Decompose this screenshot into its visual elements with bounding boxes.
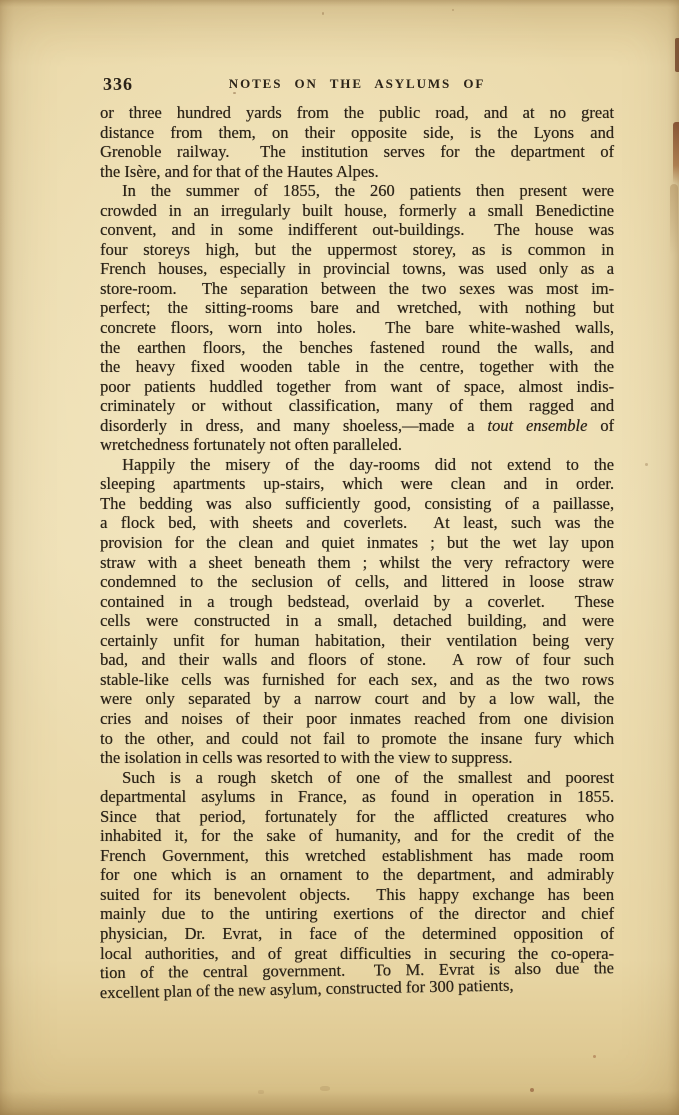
paper-speck: [645, 463, 648, 466]
text-line: four storeys high, but the uppermost sto…: [100, 240, 614, 260]
text-line: sleeping apartments up-stairs, which wer…: [100, 474, 614, 494]
text-line: The bedding was also sufficiently good, …: [100, 494, 614, 514]
page-header: 336 NOTES ON THE ASYLUMS OF: [100, 76, 614, 92]
text-line: concrete floors, worn into holes. The ba…: [100, 318, 614, 338]
page-edge-smudge: [670, 184, 678, 256]
text-line: Happily the misery of the day-rooms did …: [100, 455, 614, 475]
text-line: Since that period, fortunately for the a…: [100, 807, 614, 827]
paragraph: Such is a rough sketch of one of the sma…: [100, 768, 614, 1003]
page-edge-mark: [675, 38, 679, 72]
text-line: cells were constructed in a small, detac…: [100, 611, 614, 631]
text-line: wretchedness fortunately not often paral…: [100, 435, 614, 455]
text-line: a flock bed, with sheets and coverlets. …: [100, 513, 614, 533]
text-line: suited for its benevolent objects. This …: [100, 885, 614, 905]
text-line: store-room. The separation between the t…: [100, 279, 614, 299]
text-line: provision for the clean and quiet inmate…: [100, 533, 614, 553]
paper-speck: [452, 9, 454, 11]
text-line: departmental asylums in France, as found…: [100, 787, 614, 807]
text-line: were only separated by a narrow court an…: [100, 689, 614, 709]
text-line: poor patients huddled together from want…: [100, 377, 614, 397]
text-line: In the summer of 1855, the 260 patients …: [100, 181, 614, 201]
paper-speck: [530, 1088, 534, 1092]
text-line: perfect; the sitting-rooms bare and wret…: [100, 298, 614, 318]
page-edge-tear: [673, 122, 679, 184]
text-line: Grenoble railway. The institution serves…: [100, 142, 614, 162]
text-line: condemned to the seclusion of cells, and…: [100, 572, 614, 592]
paragraph: Happily the misery of the day-rooms did …: [100, 455, 614, 768]
text-line: to the other, and could not fail to prom…: [100, 729, 614, 749]
paper-speck: [322, 12, 324, 15]
paragraph: or three hundred yards from the public r…: [100, 103, 614, 181]
text-line: certainly unfit for human habitation, th…: [100, 631, 614, 651]
text-line: for one which is an ornament to the depa…: [100, 865, 614, 885]
text-line: Such is a rough sketch of one of the sma…: [100, 768, 614, 788]
text-line: or three hundred yards from the public r…: [100, 103, 614, 123]
text-line: cries and noises of their poor inmates r…: [100, 709, 614, 729]
paragraph: In the summer of 1855, the 260 patients …: [100, 181, 614, 455]
text-line: convent, and in some indifferent out-bui…: [100, 220, 614, 240]
text-line: inhabited it, for the sake of humanity, …: [100, 826, 614, 846]
text-line: the Isère, and for that of the Hautes Al…: [100, 162, 614, 182]
text-line: contained in a trough bedstead, overlaid…: [100, 592, 614, 612]
running-title: NOTES ON THE ASYLUMS OF: [100, 76, 614, 92]
paper-speck: [233, 92, 236, 94]
text-line: French Government, this wretched establi…: [100, 846, 614, 866]
text-line: the heavy fixed wooden table in the cent…: [100, 357, 614, 377]
body-text: or three hundred yards from the public r…: [100, 103, 614, 1002]
text-line: bad, and their walls and floors of stone…: [100, 650, 614, 670]
text-line: crowded in an irregularly built house, f…: [100, 201, 614, 221]
paper-speck: [593, 1055, 596, 1058]
text-line: stable-like cells was furnished for each…: [100, 670, 614, 690]
text-line: criminately or without classification, m…: [100, 396, 614, 416]
paper-speck: [258, 1090, 264, 1094]
text-line: physician, Dr. Evrat, in face of the det…: [100, 924, 614, 944]
paper-speck: [320, 1086, 330, 1091]
text-line: disorderly in dress, and many shoeless,—…: [100, 416, 614, 436]
text-line: distance from them, on their opposite si…: [100, 123, 614, 143]
page-number: 336: [103, 74, 133, 95]
text-line: mainly due to the untiring exertions of …: [100, 904, 614, 924]
text-line: French houses, especially in provincial …: [100, 259, 614, 279]
scanned-book-page: 336 NOTES ON THE ASYLUMS OF or three hun…: [0, 0, 679, 1115]
text-line: the isolation in cells was resorted to w…: [100, 748, 614, 768]
text-line: the earthen floors, the benches fastened…: [100, 338, 614, 358]
text-line: straw with a sheet beneath them ; whilst…: [100, 553, 614, 573]
